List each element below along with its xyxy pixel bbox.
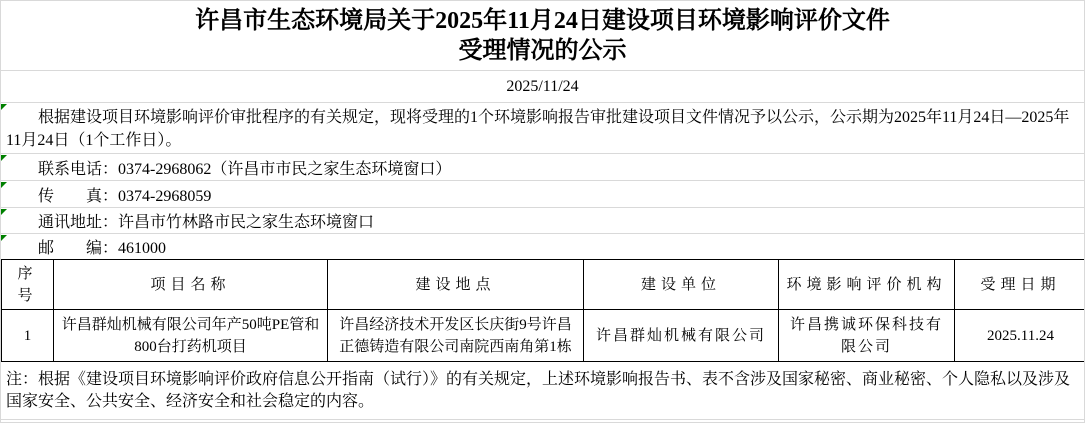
contact-phone-row: 联系电话：0374-2968062（许昌市市民之家生态环境窗口） <box>1 154 1084 181</box>
page-title: 许昌市生态环境局关于2025年11月24日建设项目环境影响评价文件 受理情况的公… <box>1 1 1084 71</box>
header-project-name: 项目名称 <box>54 260 328 310</box>
cell-seq: 1 <box>2 310 54 362</box>
contact-address: 通讯地址：许昌市竹林路市民之家生态环境窗口 <box>38 209 374 232</box>
note-text: 注：根据《建设项目环境影响评价政府信息公开指南（试行）》的有关规定，上述环境影响… <box>6 369 1078 413</box>
page-title-line2: 受理情况的公示 <box>459 36 627 66</box>
table-header-row: 序号 项目名称 建设地点 建设单位 环境影响评价机构 受理日期 <box>2 260 1085 310</box>
intro-text: 根据建设项目环境影响评价审批程序的有关规定，现将受理的1个环境影响报告审批建设项… <box>6 106 1078 152</box>
contact-postal-row: 邮 编：461000 <box>1 234 1084 259</box>
intro-row: 根据建设项目环境影响评价审批程序的有关规定，现将受理的1个环境影响报告审批建设项… <box>1 103 1084 154</box>
page-title-line1: 许昌市生态环境局关于2025年11月24日建设项目环境影响评价文件 <box>195 6 890 36</box>
contact-phone: 联系电话：0374-2968062（许昌市市民之家生态环境窗口） <box>38 156 451 179</box>
note-row: 注：根据《建设项目环境影响评价政府信息公开指南（试行）》的有关规定，上述环境影响… <box>1 362 1084 420</box>
contact-fax-row: 传 真：0374-2968059 <box>1 181 1084 208</box>
contact-fax: 传 真：0374-2968059 <box>38 183 211 206</box>
contact-postal: 邮 编：461000 <box>38 235 166 258</box>
header-eia-agency: 环境影响评价机构 <box>779 260 955 310</box>
publish-date-row: 2025/11/24 <box>1 71 1084 103</box>
table-row: 1 许昌群灿机械有限公司年产50吨PE管和800台打药机项目 许昌经济技术开发区… <box>2 310 1085 362</box>
cell-flag-icon <box>1 235 7 241</box>
header-builder: 建设单位 <box>584 260 779 310</box>
cell-eia-agency: 许昌携诚环保科技有限公司 <box>779 310 955 362</box>
contact-address-row: 通讯地址：许昌市竹林路市民之家生态环境窗口 <box>1 208 1084 234</box>
publish-date: 2025/11/24 <box>506 78 578 96</box>
cell-project-name: 许昌群灿机械有限公司年产50吨PE管和800台打药机项目 <box>54 310 328 362</box>
header-seq: 序号 <box>2 260 54 310</box>
header-location: 建设地点 <box>328 260 584 310</box>
cell-flag-icon <box>1 209 7 215</box>
cell-flag-icon <box>1 104 7 110</box>
cell-location: 许昌经济技术开发区长庆街9号许昌正德铸造有限公司南院西南角第1栋 <box>328 310 584 362</box>
cell-builder: 许昌群灿机械有限公司 <box>584 310 779 362</box>
notice-sheet: 许昌市生态环境局关于2025年11月24日建设项目环境影响评价文件 受理情况的公… <box>0 0 1085 423</box>
cell-flag-icon <box>1 182 7 188</box>
header-accept-date: 受理日期 <box>955 260 1085 310</box>
cell-accept-date: 2025.11.24 <box>955 310 1085 362</box>
acceptance-table: 序号 项目名称 建设地点 建设单位 环境影响评价机构 受理日期 1 许昌群灿机械… <box>1 259 1085 362</box>
cell-flag-icon <box>1 155 7 161</box>
